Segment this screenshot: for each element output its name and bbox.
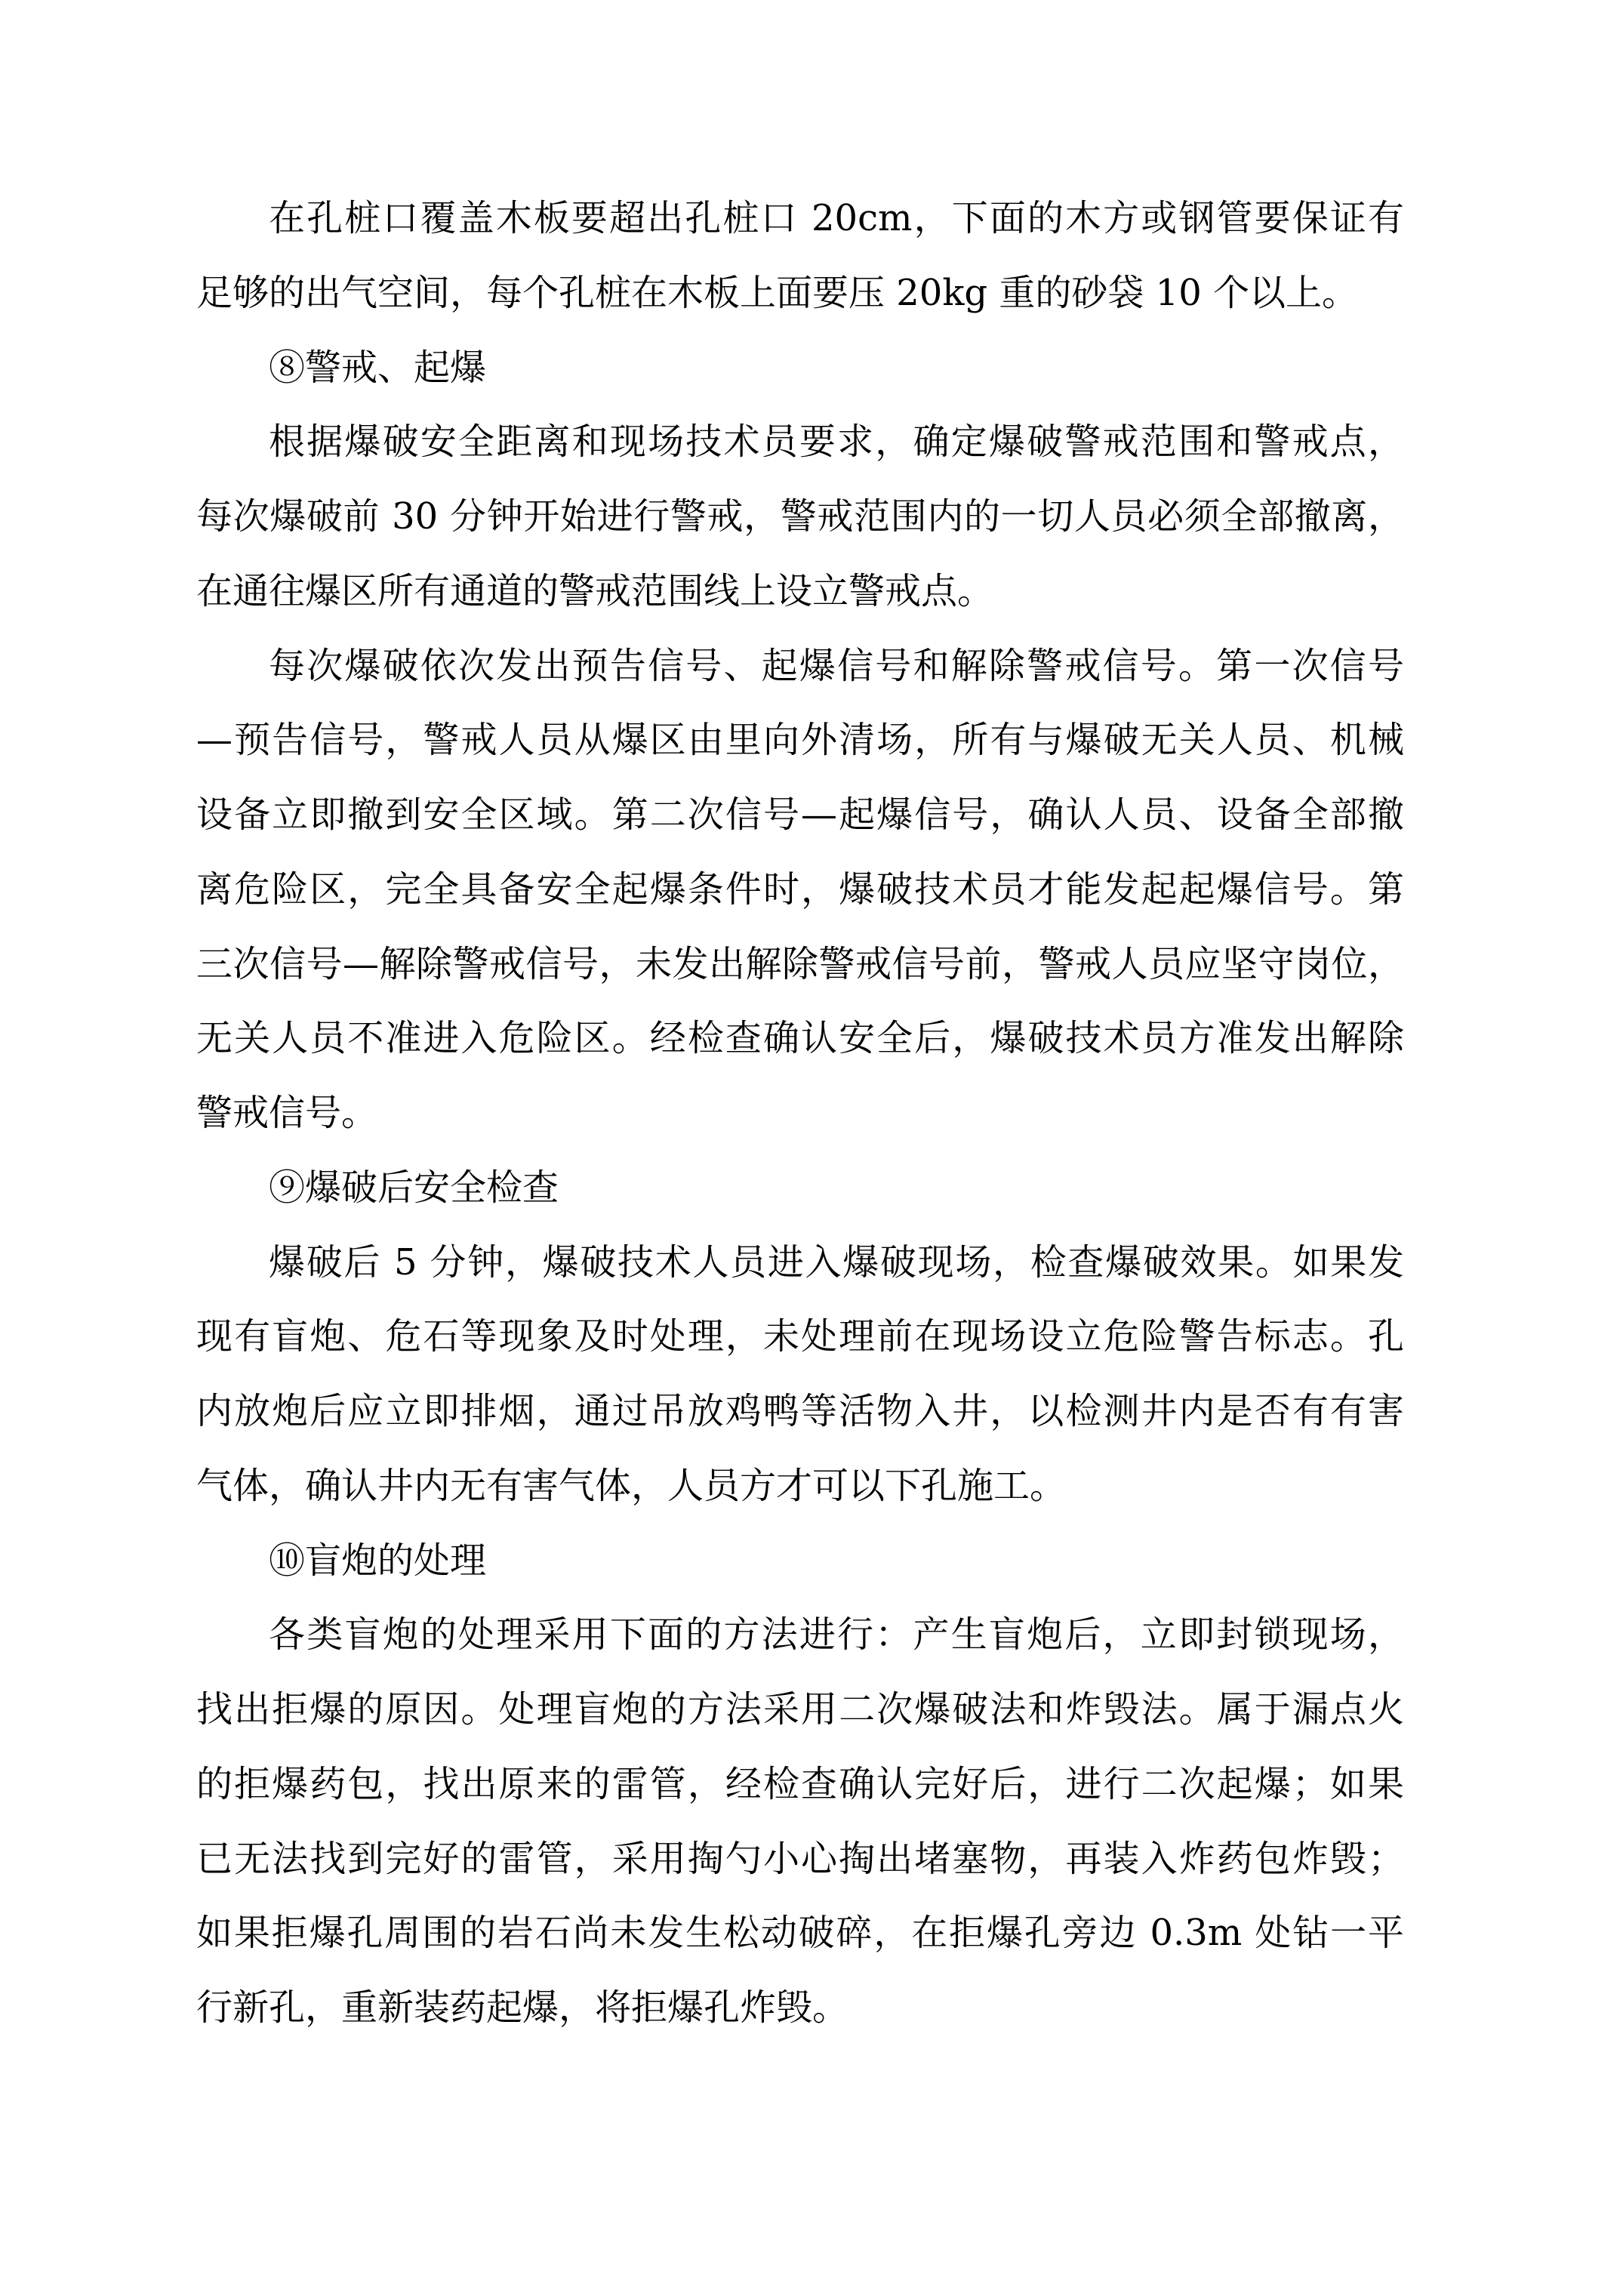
document-text-block: 在孔桩口覆盖木板要超出孔桩口 20cm，下面的木方或钢管要保证有足够的出气空间，… <box>196 181 1404 2045</box>
paragraph: 各类盲炮的处理采用下面的方法进行：产生盲炮后，立即封锁现场，找出拒爆的原因。处理… <box>196 1598 1404 2045</box>
text-line: 根据爆破安全距离和现场技术员要求，确定爆破警戒范围和警戒点， <box>196 405 1404 479</box>
text-line: 的拒爆药包，找出原来的雷管，经检查确认完好后，进行二次起爆；如果 <box>196 1747 1404 1822</box>
text-line: ⑨爆破后安全检查 <box>196 1151 1404 1225</box>
paragraph: ⑨爆破后安全检查 <box>196 1151 1404 1225</box>
text-line: 找出拒爆的原因。处理盲炮的方法采用二次爆破法和炸毁法。属于漏点火 <box>196 1672 1404 1747</box>
text-line: 离危险区，完全具备安全起爆条件时，爆破技术员才能发起起爆信号。第 <box>196 852 1404 927</box>
text-line: 无关人员不准进入危险区。经检查确认安全后，爆破技术员方准发出解除 <box>196 1001 1404 1076</box>
text-line: 各类盲炮的处理采用下面的方法进行：产生盲炮后，立即封锁现场， <box>196 1598 1404 1672</box>
text-line: 三次信号—解除警戒信号，未发出解除警戒信号前，警戒人员应坚守岗位， <box>196 927 1404 1002</box>
paragraph: ⑩盲炮的处理 <box>196 1524 1404 1598</box>
text-line: 警戒信号。 <box>196 1076 1404 1151</box>
text-line: 每次爆破前 30 分钟开始进行警戒，警戒范围内的一切人员必须全部撤离， <box>196 479 1404 554</box>
text-line: 在孔桩口覆盖木板要超出孔桩口 20cm，下面的木方或钢管要保证有 <box>196 181 1404 256</box>
text-line: 爆破后 5 分钟，爆破技术人员进入爆破现场，检查爆破效果。如果发 <box>196 1225 1404 1300</box>
text-line: 已无法找到完好的雷管，采用掏勺小心掏出堵塞物，再装入炸药包炸毁； <box>196 1822 1404 1897</box>
text-line: 在通往爆区所有通道的警戒范围线上设立警戒点。 <box>196 554 1404 629</box>
text-line: ⑧警戒、起爆 <box>196 331 1404 405</box>
text-line: 气体，确认井内无有害气体，人员方才可以下孔施工。 <box>196 1449 1404 1524</box>
text-line: 行新孔，重新装药起爆，将拒爆孔炸毁。 <box>196 1971 1404 2045</box>
paragraph: ⑧警戒、起爆 <box>196 331 1404 405</box>
text-line: ⑩盲炮的处理 <box>196 1524 1404 1598</box>
text-line: —预告信号，警戒人员从爆区由里向外清场，所有与爆破无关人员、机械 <box>196 703 1404 778</box>
paragraph: 根据爆破安全距离和现场技术员要求，确定爆破警戒范围和警戒点，每次爆破前 30 分… <box>196 405 1404 628</box>
paragraph: 在孔桩口覆盖木板要超出孔桩口 20cm，下面的木方或钢管要保证有足够的出气空间，… <box>196 181 1404 331</box>
text-line: 现有盲炮、危石等现象及时处理，未处理前在现场设立危险警告标志。孔 <box>196 1299 1404 1374</box>
text-line: 内放炮后应立即排烟，通过吊放鸡鸭等活物入井，以检测井内是否有有害 <box>196 1374 1404 1449</box>
document-page: 在孔桩口覆盖木板要超出孔桩口 20cm，下面的木方或钢管要保证有足够的出气空间，… <box>0 0 1623 2296</box>
text-line: 如果拒爆孔周围的岩石尚未发生松动破碎，在拒爆孔旁边 0.3m 处钻一平 <box>196 1896 1404 1971</box>
paragraph: 每次爆破依次发出预告信号、起爆信号和解除警戒信号。第一次信号—预告信号，警戒人员… <box>196 629 1404 1151</box>
text-line: 设备立即撤到安全区域。第二次信号—起爆信号，确认人员、设备全部撤 <box>196 778 1404 852</box>
text-line: 每次爆破依次发出预告信号、起爆信号和解除警戒信号。第一次信号 <box>196 629 1404 704</box>
paragraph: 爆破后 5 分钟，爆破技术人员进入爆破现场，检查爆破效果。如果发现有盲炮、危石等… <box>196 1225 1404 1524</box>
text-line: 足够的出气空间，每个孔桩在木板上面要压 20kg 重的砂袋 10 个以上。 <box>196 256 1404 331</box>
